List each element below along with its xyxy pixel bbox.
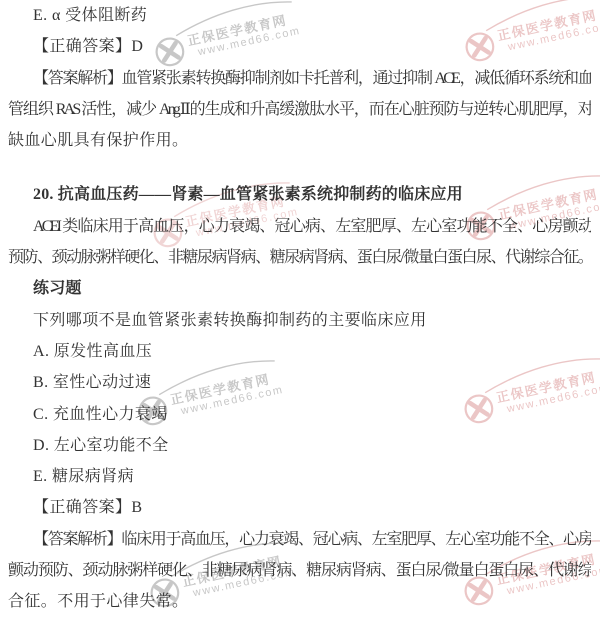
answer-value: B: [131, 499, 142, 516]
section-intro-line: ACEI 类临床用于高血压，心力衰竭、冠心病、左室肥厚、左心室功能不全、心房颤动: [8, 211, 591, 242]
answer-bracket-label: 【正确答案】: [33, 499, 131, 516]
prev-correct-answer-line: 【正确答案】D: [8, 31, 591, 62]
analysis-line: 【答案解析】临床用于高血压，心力衰竭、冠心病、左室肥厚、左心室功能不全、心房: [8, 524, 591, 555]
prev-option-e: E. α 受体阻断药: [8, 0, 591, 31]
document-content: E. α 受体阻断药 【正确答案】D 【答案解析】血管紧张素转换酶抑制剂如卡托普…: [0, 0, 600, 618]
analysis-line: 合征。不用于心律失常。: [8, 586, 591, 617]
option-e: E. 糖尿病肾病: [8, 461, 591, 492]
correct-answer-line: 【正确答案】B: [8, 492, 591, 523]
answer-value: D: [131, 38, 143, 55]
section-intro-line: 预防、颈动脉粥样硬化、非糖尿病肾病、糖尿病肾病、蛋白尿/微量白蛋白尿、代谢综合征…: [8, 242, 591, 273]
question-stem: 下列哪项不是血管紧张素转换酶抑制药的主要临床应用: [8, 305, 591, 336]
practice-title: 练习题: [8, 273, 591, 304]
option-b: B. 室性心动过速: [8, 367, 591, 398]
option-a: A. 原发性高血压: [8, 336, 591, 367]
answer-bracket-label: 【正确答案】: [33, 38, 131, 55]
option-c: C. 充血性心力衰竭: [8, 399, 591, 430]
option-d: D. 左心室功能不全: [8, 430, 591, 461]
prev-analysis-line: 【答案解析】血管紧张素转换酶抑制剂如卡托普利，通过抑制 ACE，减低循环系统和血: [8, 63, 591, 94]
analysis-line: 颤动预防、颈动脉粥样硬化、非糖尿病肾病、糖尿病肾病、蛋白尿/微量白蛋白尿、代谢综: [8, 555, 591, 586]
prev-analysis-line: 管组织 RAS 活性，减少 AngⅡ的生成和升高缓激肽水平，而在心脏预防与逆转心…: [8, 94, 591, 125]
section-heading: 20. 抗高血压药——肾素—血管紧张素系统抑制药的临床应用: [8, 179, 591, 210]
prev-analysis-line: 缺血心肌具有保护作用。: [8, 125, 591, 156]
document-page: { "page": { "background": "#ffffff", "te…: [0, 0, 600, 625]
